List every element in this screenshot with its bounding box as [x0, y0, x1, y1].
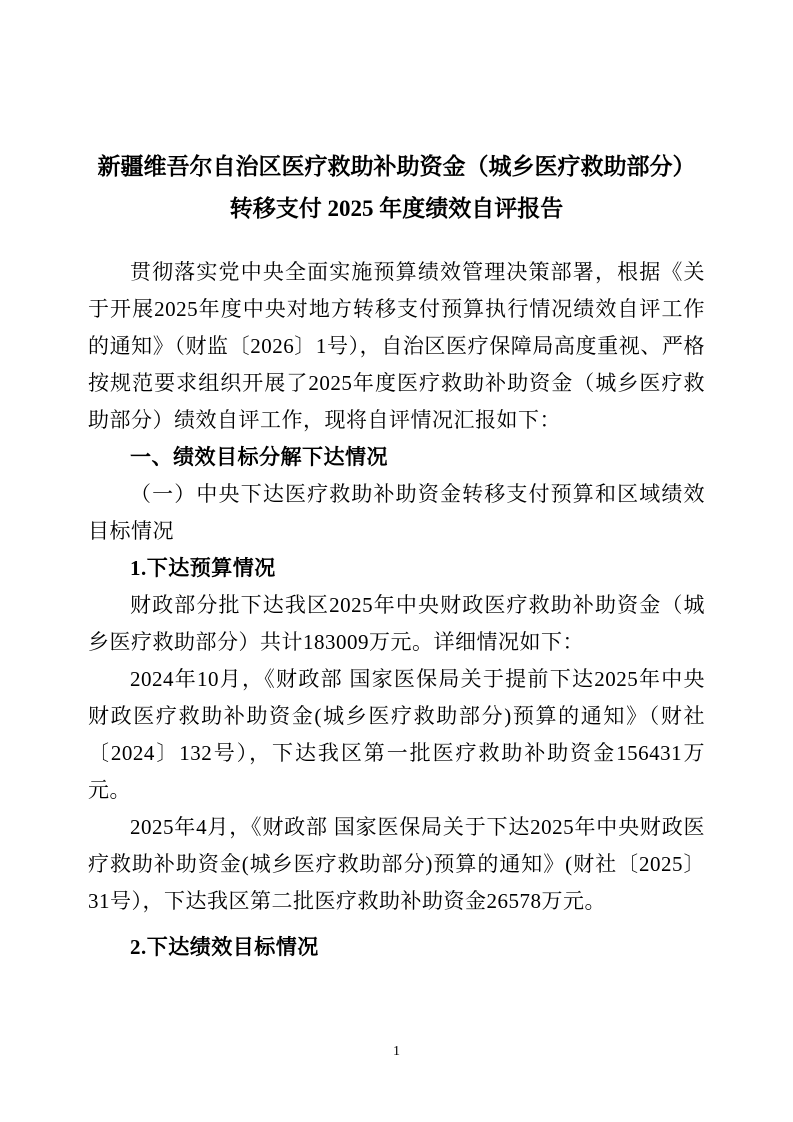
paragraph-total-budget: 财政部分批下达我区2025年中央财政医疗救助补助资金（城乡医疗救助部分）共计18… [88, 587, 705, 661]
document-title-line-2: 转移支付 2025 年度绩效自评报告 [88, 188, 705, 230]
document-title-line-1: 新疆维吾尔自治区医疗救助补助资金（城乡医疗救助部分） [88, 146, 705, 188]
paragraph-opening: 贯彻落实党中央全面实施预算绩效管理决策部署，根据《关于开展2025年度中央对地方… [88, 254, 705, 439]
paragraph-second-batch: 2025年4月，《财政部 国家医保局关于下达2025年中央财政医疗救助补助资金(… [88, 809, 705, 920]
document-title: 新疆维吾尔自治区医疗救助补助资金（城乡医疗救助部分） 转移支付 2025 年度绩… [88, 146, 705, 230]
page-number: 1 [393, 1044, 400, 1059]
paragraph-first-batch: 2024年10月，《财政部 国家医保局关于提前下达2025年中央财政医疗救助补助… [88, 661, 705, 809]
heading-performance-targets: 2.下达绩效目标情况 [88, 929, 705, 966]
document-page: 新疆维吾尔自治区医疗救助补助资金（城乡医疗救助部分） 转移支付 2025 年度绩… [0, 0, 793, 1122]
heading-section-one: 一、绩效目标分解下达情况 [88, 439, 705, 476]
heading-budget-allocation: 1.下达预算情况 [88, 550, 705, 587]
page-footer: 1 [0, 1044, 793, 1060]
subheading-central-allocation: （一）中央下达医疗救助补助资金转移支付预算和区域绩效目标情况 [88, 476, 705, 550]
